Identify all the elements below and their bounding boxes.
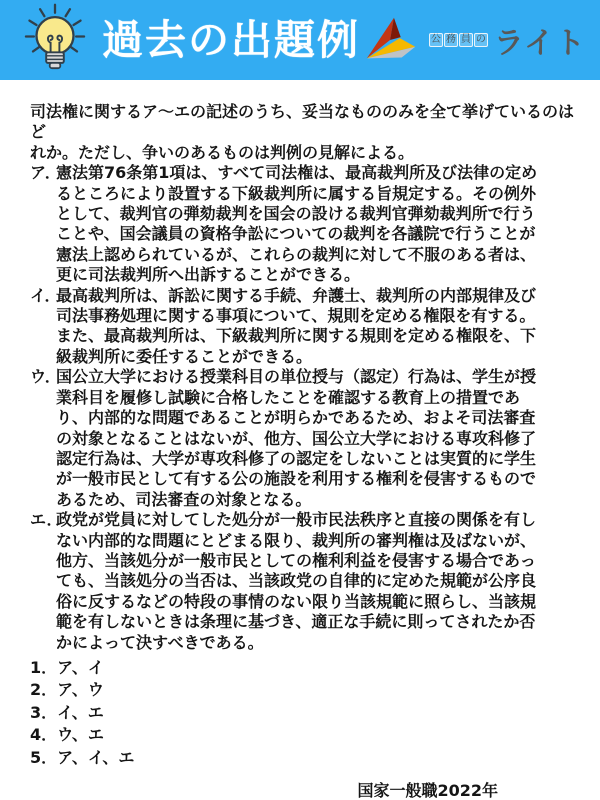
item-label: ウ． <box>30 367 56 510</box>
lightbulb-icon <box>16 1 94 79</box>
page-title: 過去の出題例 <box>102 0 360 80</box>
brand-small-char: 公 <box>429 33 443 47</box>
choices-list: 1．ア、イ 2．ア、ウ 3．イ、エ 4．ウ、エ 5．ア、イ、エ <box>30 657 576 770</box>
choice-item-5: 5．ア、イ、エ <box>30 747 576 770</box>
exam-source: 国家一般職2022年 <box>30 781 576 800</box>
choice-item-3: 3．イ、エ <box>30 702 576 725</box>
question-item-e: エ． 政党が党員に対してした処分が一般市民法秩序と直接の関係を有し ない内部的な… <box>30 510 576 653</box>
item-text: 憲法第76条第1項は、すべて司法権は、最高裁判所及び法律の定め るところにより設… <box>56 163 576 285</box>
item-label: イ． <box>30 286 56 368</box>
brand-large-text: ライト <box>494 18 586 62</box>
item-text: 政党が党員に対してした処分が一般市民法秩序と直接の関係を有し ない内部的な問題に… <box>56 510 576 653</box>
question-stem: 司法権に関するア～エの記述のうち、妥当なもののみを全て挙げているのはど れか。た… <box>30 102 576 163</box>
question-item-a: ア． 憲法第76条第1項は、すべて司法権は、最高裁判所及び法律の定め るところに… <box>30 163 576 285</box>
question-item-u: ウ． 国公立大学における授業科目の単位授与（認定）行為は、学生が授 業科目を履修… <box>30 367 576 510</box>
brand-small-char: の <box>474 33 488 47</box>
item-label: エ． <box>30 510 56 653</box>
question-item-i: イ． 最高裁判所は、訴訟に関する手続、弁護士、裁判所の内部規律及び 司法事務処理… <box>30 286 576 368</box>
paper-plane-icon <box>361 14 423 66</box>
item-text: 最高裁判所は、訴訟に関する手続、弁護士、裁判所の内部規律及び 司法事務処理に関す… <box>56 286 576 368</box>
brand-small-text: 公 務 員 の <box>429 33 488 47</box>
item-label: ア． <box>30 163 56 285</box>
brand-small-char: 務 <box>444 33 458 47</box>
header-banner: 過去の出題例 公 務 員 の ライト <box>0 0 600 80</box>
brand-logo: 公 務 員 の ライト <box>361 14 586 66</box>
choice-item-2: 2．ア、ウ <box>30 679 576 702</box>
choice-item-4: 4．ウ、エ <box>30 724 576 747</box>
choice-item-1: 1．ア、イ <box>30 657 576 680</box>
brand-small-char: 員 <box>459 33 473 47</box>
item-text: 国公立大学における授業科目の単位授与（認定）行為は、学生が授 業科目を履修し試験… <box>56 367 576 510</box>
question-body: 司法権に関するア～エの記述のうち、妥当なもののみを全て挙げているのはど れか。た… <box>0 80 600 800</box>
